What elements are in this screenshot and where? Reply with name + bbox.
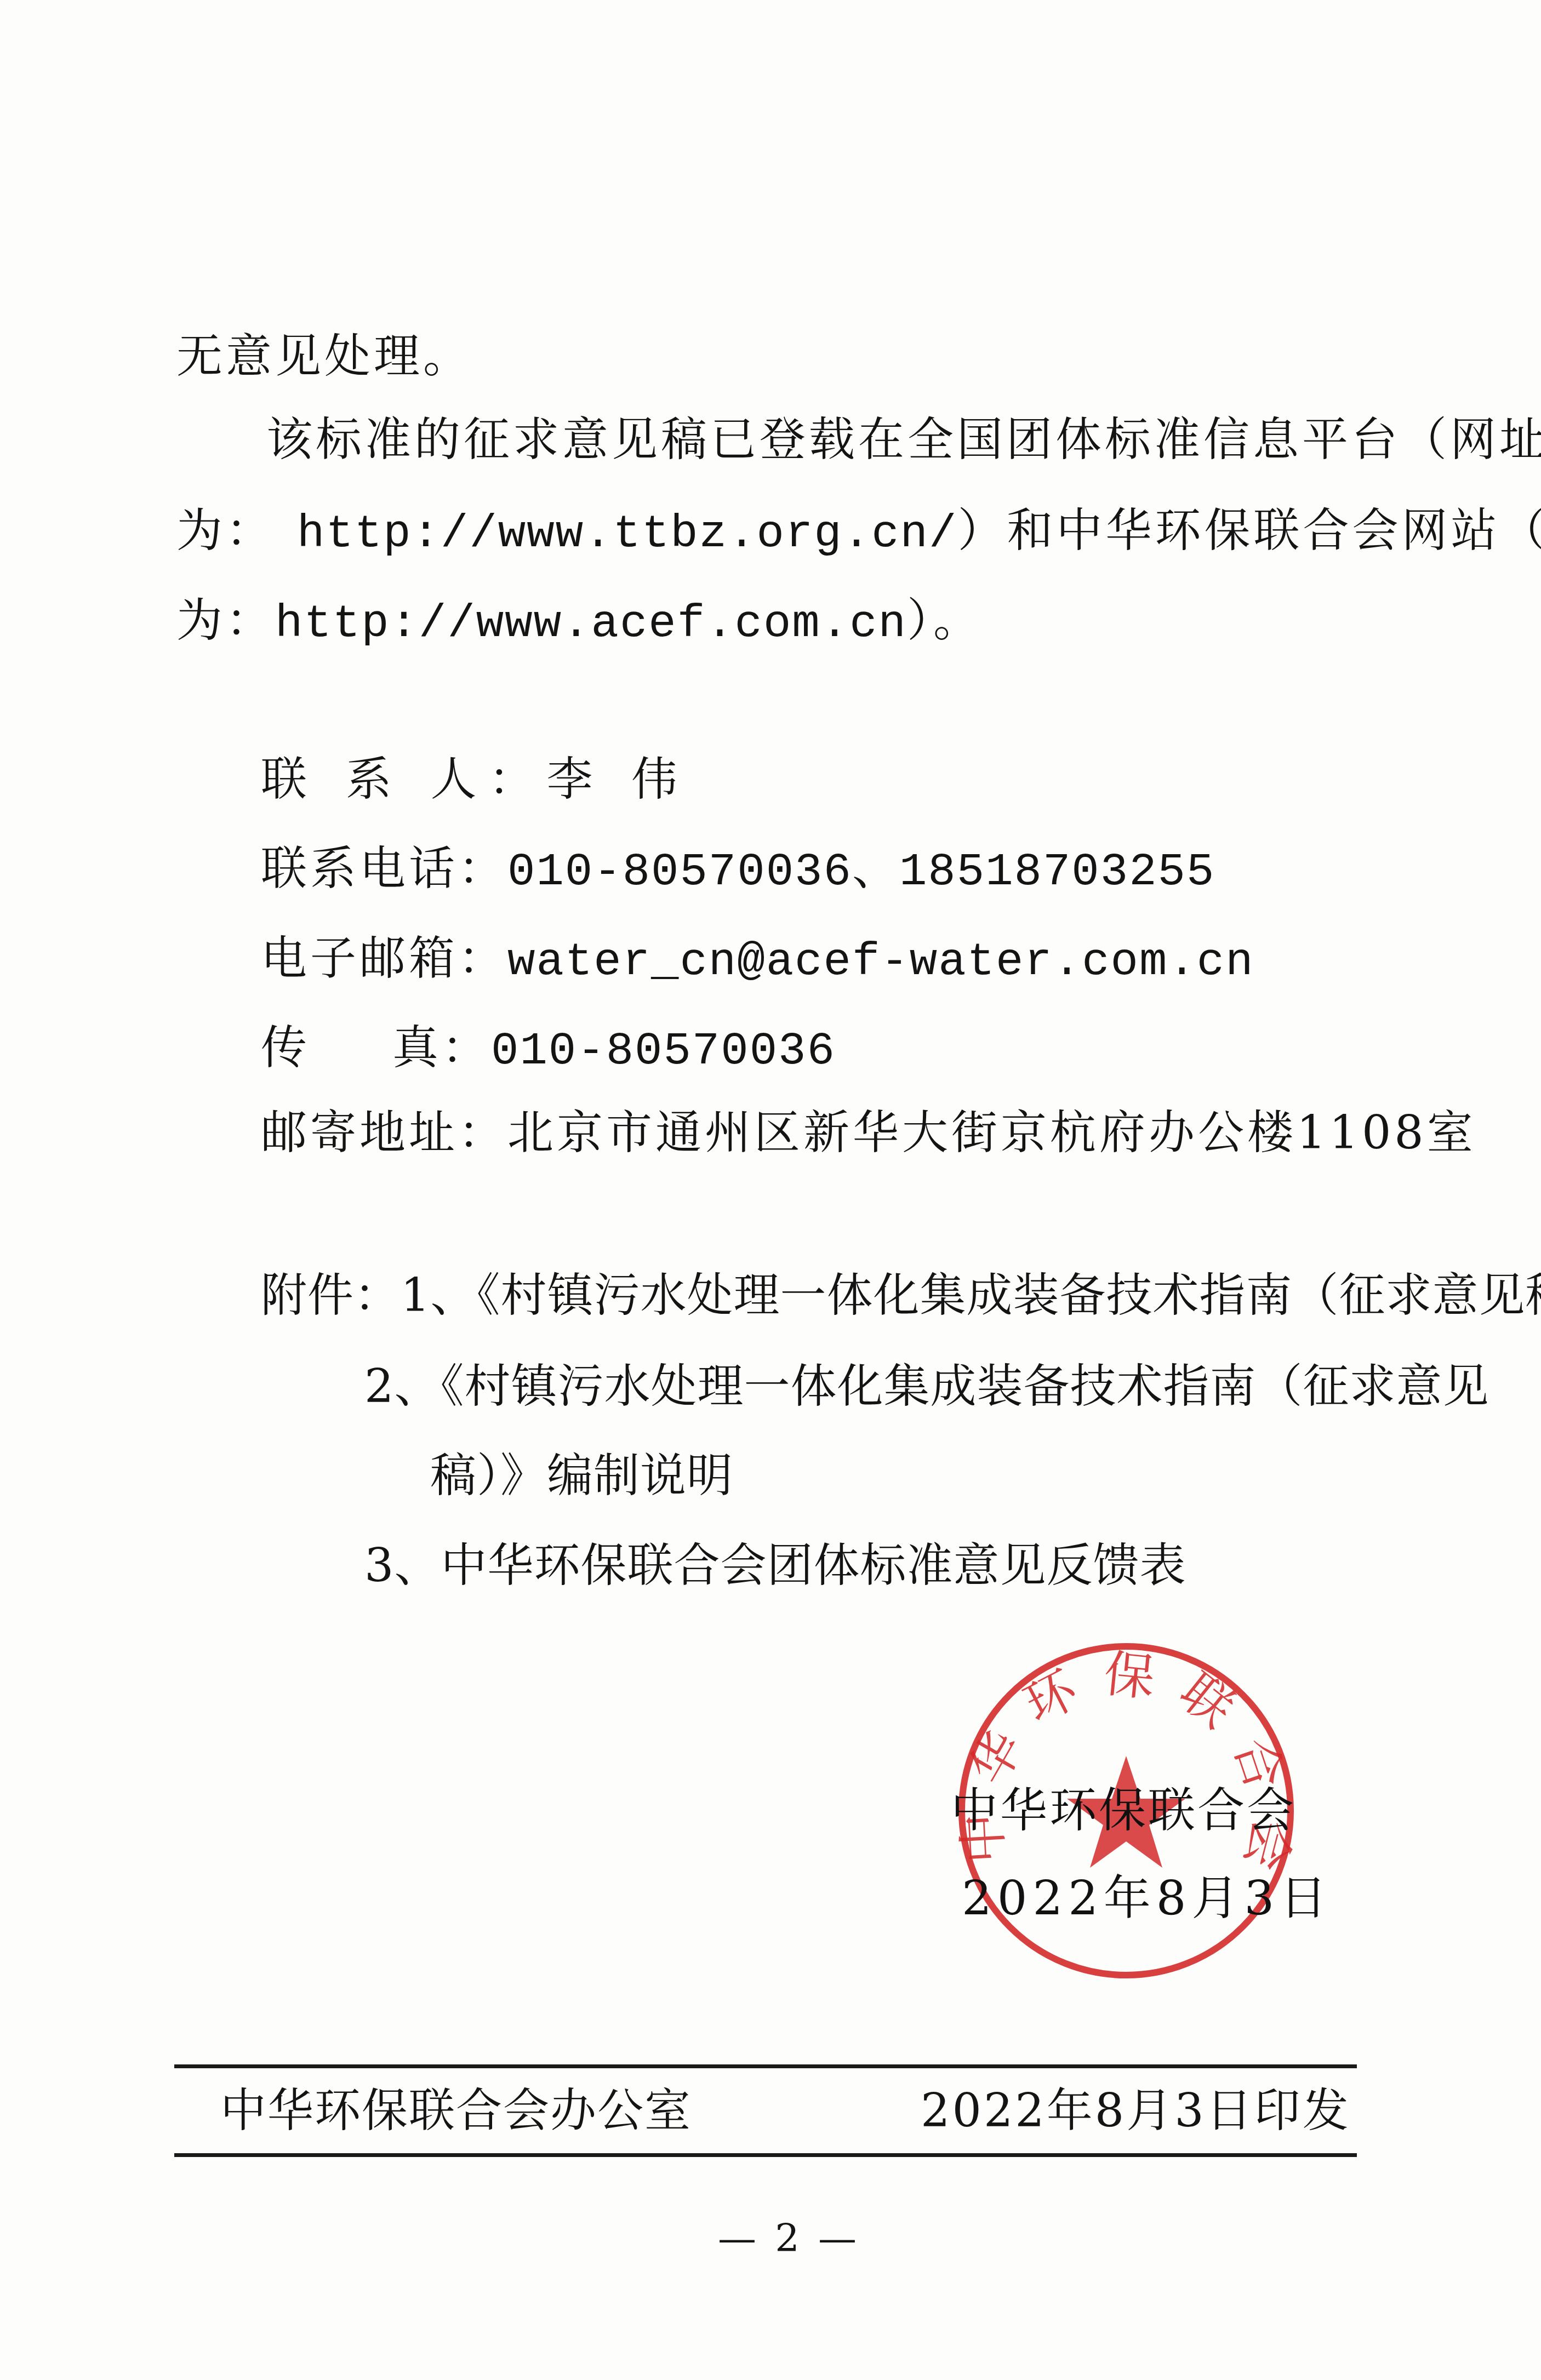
signature-org: 中华环保联合会 xyxy=(951,1772,1296,1840)
contact-address-label: 邮寄地址： xyxy=(261,1106,507,1159)
contact-phone-label: 联系电话： xyxy=(261,842,507,895)
contact-fax-value: 010-80570036 xyxy=(491,1026,836,1078)
text: 为： xyxy=(176,504,275,557)
signature-date: 2022年8月3日 xyxy=(962,1860,1332,1928)
attachment-item-2-cont: 稿）》编制说明 xyxy=(430,1452,733,1498)
contact-fax-label-a: 传 xyxy=(261,1025,392,1071)
acef-link[interactable]: http://www.acef.com.cn xyxy=(275,598,907,650)
paragraph-tail: 无意见处理。 xyxy=(176,333,472,379)
attachment-item-3: 3、中华环保联合会团体标准意见反馈表 xyxy=(364,1542,1186,1588)
attachment-item-1: 附件：1、《村镇污水处理一体化集成装备技术指南（征求意见稿）》 xyxy=(261,1272,1541,1318)
footer-issuer: 中华环保联合会办公室 xyxy=(220,2087,692,2133)
contact-fax: 传真：010-80570036 xyxy=(261,1025,836,1075)
text: 为： xyxy=(176,593,275,647)
footer-top-rule xyxy=(174,2064,1357,2068)
paragraph-line: 为：http://www.acef.com.cn）。 xyxy=(176,597,983,648)
ttbz-link[interactable]: http://www.ttbz.org.cn/ xyxy=(297,508,957,560)
paragraph-line: 该标准的征求意见稿已登载在全国团体标准信息平台（网址 xyxy=(266,416,1541,462)
text: ）和中华环保联合会网站（网址 xyxy=(957,504,1541,557)
contact-address-value: 北京市通州区新华大街京杭府办公楼1108室 xyxy=(507,1106,1476,1159)
contact-phone-value: 010-80570036、18518703255 xyxy=(507,846,1215,899)
footer-issue-date: 2022年8月3日印发 xyxy=(921,2087,1351,2133)
contact-person-label: 联 系 人： xyxy=(261,752,546,806)
contact-email-label: 电子邮箱： xyxy=(261,931,507,985)
contact-email-value[interactable]: water_cn@acef-water.com.cn xyxy=(507,936,1254,988)
attachments-label: 附件： xyxy=(261,1268,401,1322)
paragraph-line: 为：http://www.ttbz.org.cn/）和中华环保联合会网站（网址 xyxy=(176,507,1541,558)
contact-fax-label-b: 真： xyxy=(392,1021,491,1074)
page-number: — 2 — xyxy=(718,2219,860,2257)
attachment-title: 1、《村镇污水处理一体化集成装备技术指南（征求意见稿）》 xyxy=(401,1268,1541,1322)
attachment-item-2: 2、《村镇污水处理一体化集成装备技术指南（征求意见 xyxy=(364,1363,1489,1409)
footer-bottom-rule xyxy=(174,2153,1357,2157)
contact-person: 联 系 人：李 伟 xyxy=(261,756,689,802)
contact-person-value: 李 伟 xyxy=(546,752,689,806)
contact-address: 邮寄地址：北京市通州区新华大街京杭府办公楼1108室 xyxy=(261,1109,1476,1155)
contact-phone: 联系电话：010-80570036、18518703255 xyxy=(261,845,1215,896)
contact-email: 电子邮箱：water_cn@acef-water.com.cn xyxy=(261,935,1254,986)
text: ）。 xyxy=(907,593,983,647)
